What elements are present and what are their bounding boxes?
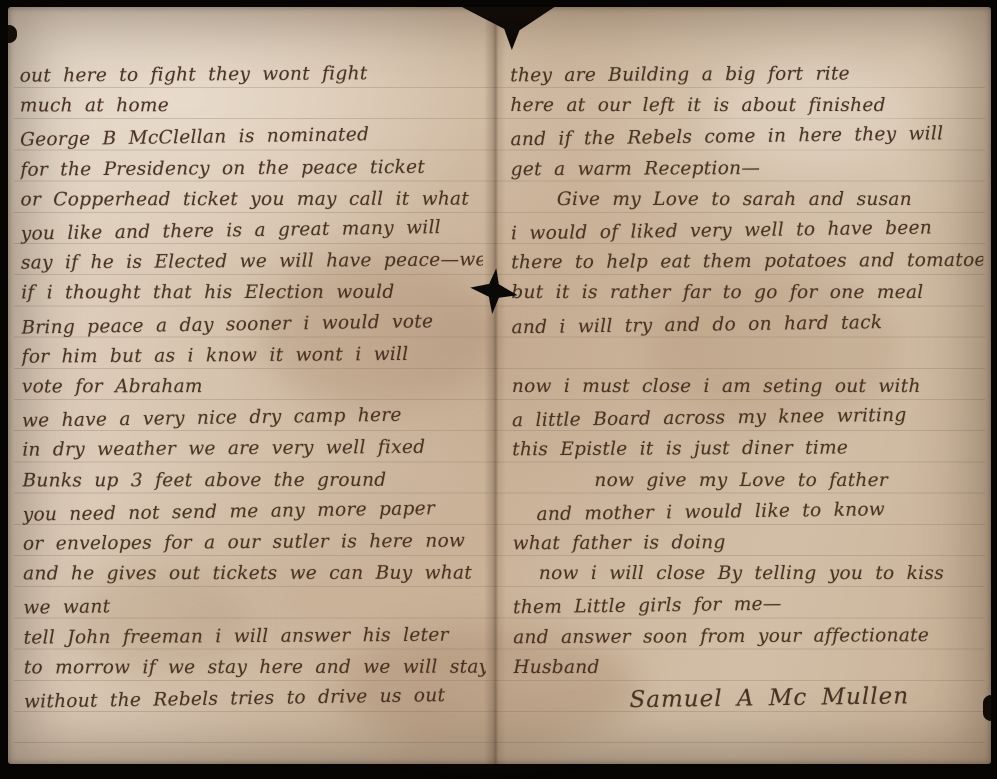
letter-line: and if the Rebels come in here they will — [510, 118, 982, 156]
letter-line: Husband — [513, 652, 985, 683]
letter-line: and mother i would like to know — [536, 493, 984, 530]
letter-line: i would of liked very well to have been — [511, 212, 983, 250]
letter-line: to morrow if we stay here and we will st… — [24, 651, 486, 683]
letter-page-left: out here to fight they wont fightmuch at… — [20, 57, 487, 760]
letter-line: tell John freeman i will answer his lete… — [23, 619, 485, 653]
center-fold-crease — [484, 7, 506, 764]
signature-line: Samuel A Mc Mullen — [629, 680, 985, 716]
letter-line: Give my Love to sarah and susan — [557, 184, 983, 215]
letter-line: you like and there is a great many will — [21, 211, 483, 249]
letter-line: vote for Abraham — [22, 371, 484, 403]
letter-line: for him but as i know it wont i will — [22, 338, 484, 372]
letter-line: we have a very nice dry camp here — [22, 399, 484, 437]
letter-line: them Little girls for me— — [513, 586, 985, 624]
letter-line: they are Building a big fort rite — [510, 58, 982, 92]
left-edge-notch — [7, 25, 17, 43]
letter-line: now i will close By telling you to kiss — [539, 558, 985, 589]
scanned-letter: out here to fight they wont fightmuch at… — [0, 0, 997, 779]
letter-line: Bring peace a day sooner i would vote — [21, 305, 483, 343]
letter-line: without the Rebels tries to drive us out — [24, 679, 486, 717]
top-edge-tear — [460, 6, 556, 50]
letter-line: but it is rather far to go for one meal — [511, 277, 983, 308]
letter-line: here at our left it is about finished — [510, 90, 982, 121]
letter-page-right: they are Building a big fort ritehere at… — [510, 58, 986, 760]
letter-line: now give my Love to father — [594, 464, 984, 495]
letter-line: for the Presidency on the peace ticket — [20, 151, 482, 185]
letter-line: this Epistle it is just diner time — [512, 432, 984, 466]
right-edge-notch — [983, 695, 992, 721]
letter-line: what father is doing — [513, 526, 985, 560]
letter-paper: out here to fight they wont fightmuch at… — [8, 7, 991, 764]
letter-line: and he gives out tickets we can Buy what — [23, 558, 485, 590]
letter-line: we want — [23, 586, 485, 624]
letter-line: much at home — [20, 90, 482, 122]
letter-line: and answer soon from your affectionate — [513, 619, 985, 653]
letter-line: Bunks up 3 feet above the ground — [22, 464, 484, 496]
letter-line: George B McClellan is nominated — [20, 118, 482, 156]
letter-line: get a warm Reception— — [511, 151, 983, 185]
letter-line: you need not send me any more paper — [22, 492, 484, 530]
letter-line: and i will try and do on hard tack — [511, 305, 983, 343]
letter-line: say if he is Elected we will have peace—… — [21, 245, 483, 279]
letter-line: in dry weather we are very well fixed — [22, 432, 484, 466]
letter-line: a little Board across my knee writing — [512, 399, 984, 437]
letter-line: out here to fight they wont fight — [20, 57, 482, 91]
letter-line — [512, 339, 984, 373]
letter-line: now i must close i am seting out with — [512, 371, 984, 402]
letter-line: or envelopes for a our sutler is here no… — [23, 525, 485, 559]
letter-line: there to help eat them potatoes and toma… — [511, 245, 983, 279]
letter-line: if i thought that his Election would — [21, 277, 483, 309]
letter-line: or Copperhead ticket you may call it wha… — [21, 183, 483, 215]
